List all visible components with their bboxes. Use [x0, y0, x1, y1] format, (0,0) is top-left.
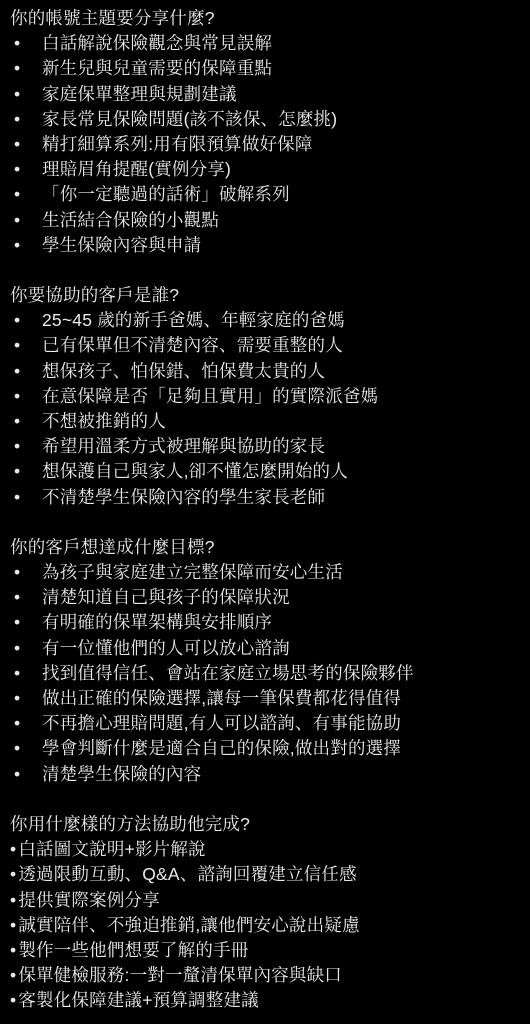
- list-item-text: 想保護自己與家人,卻不懂怎麼開始的人: [42, 459, 348, 484]
- list-item: •理賠眉角提醒(實例分享): [10, 157, 518, 182]
- bullet-icon: •: [10, 762, 42, 787]
- bullet-icon: •: [10, 359, 42, 384]
- bullet-icon: •: [10, 963, 16, 988]
- list-item-text: 為孩子與家庭建立完整保障而安心生活: [42, 560, 343, 585]
- list-item-text: 不清楚學生保險內容的學生家長老師: [42, 485, 325, 510]
- bullet-icon: •: [10, 434, 42, 459]
- list-item: •為孩子與家庭建立完整保障而安心生活: [10, 560, 518, 585]
- bullet-icon: •: [10, 82, 42, 107]
- bullet-icon: •: [10, 208, 42, 233]
- list-item-text: 清楚學生保險的內容: [42, 762, 201, 787]
- section-title: 你用什麼樣的方法協助他完成?: [10, 812, 518, 837]
- list-item: •誠實陪伴、不強迫推銷,讓他們安心說出疑慮: [10, 913, 518, 938]
- list-item-text: 透過限動互動、Q&A、諮詢回覆建立信任感: [18, 862, 356, 887]
- list-item: •學生保險內容與申請: [10, 233, 518, 258]
- bullet-icon: •: [10, 409, 42, 434]
- list-item-text: 做出正確的保險選擇,讓每一筆保費都花得值得: [42, 686, 401, 711]
- bullet-icon: •: [10, 711, 42, 736]
- bullet-icon: •: [10, 233, 42, 258]
- list-item: •新生兒與兒童需要的保障重點: [10, 56, 518, 81]
- list-item-text: 25~45 歲的新手爸媽、年輕家庭的爸媽: [42, 308, 345, 333]
- list-item: •家庭保單整理與規劃建議: [10, 82, 518, 107]
- bullet-list: •25~45 歲的新手爸媽、年輕家庭的爸媽•已有保單但不清楚內容、需要重整的人•…: [10, 308, 518, 510]
- list-item-text: 精打細算系列:用有限預算做好保障: [42, 132, 313, 157]
- list-item: •在意保障是否「足夠且實用」的實際派爸媽: [10, 384, 518, 409]
- bullet-icon: •: [10, 31, 42, 56]
- list-item: •希望用溫柔方式被理解與協助的家長: [10, 434, 518, 459]
- list-item-text: 新生兒與兒童需要的保障重點: [42, 56, 272, 81]
- list-item-text: 不再擔心理賠問題,有人可以諮詢、有事能協助: [42, 711, 401, 736]
- section-account-topics: 你的帳號主題要分享什麼? •白話解說保險觀念與常見誤解•新生兒與兒童需要的保障重…: [10, 6, 518, 258]
- list-item: •精打細算系列:用有限預算做好保障: [10, 132, 518, 157]
- list-item-text: 白話圖文說明+影片解說: [18, 837, 205, 862]
- list-item: •不清楚學生保險內容的學生家長老師: [10, 485, 518, 510]
- list-item: •清楚學生保險的內容: [10, 762, 518, 787]
- list-item-text: 誠實陪伴、不強迫推銷,讓他們安心說出疑慮: [18, 913, 359, 938]
- bullet-icon: •: [10, 686, 42, 711]
- list-item-text: 客製化保障建議+預算調整建議: [18, 988, 259, 1013]
- list-item-text: 保單健檢服務:一對一釐清保單內容與缺口: [18, 963, 342, 988]
- bullet-icon: •: [10, 56, 42, 81]
- bullet-list: •為孩子與家庭建立完整保障而安心生活•清楚知道自己與孩子的保障狀況•有明確的保單…: [10, 560, 518, 787]
- bullet-icon: •: [10, 560, 42, 585]
- bullet-icon: •: [10, 585, 42, 610]
- list-item: •白話解說保險觀念與常見誤解: [10, 31, 518, 56]
- list-item: •找到值得信任、會站在家庭立場思考的保險夥伴: [10, 661, 518, 686]
- list-item: •有一位懂他們的人可以放心諮詢: [10, 636, 518, 661]
- bullet-icon: •: [10, 157, 42, 182]
- list-item: •清楚知道自己與孩子的保障狀況: [10, 585, 518, 610]
- list-item: •做出正確的保險選擇,讓每一筆保費都花得值得: [10, 686, 518, 711]
- list-item-text: 不想被推銷的人: [42, 409, 166, 434]
- list-item: •生活結合保險的小觀點: [10, 208, 518, 233]
- section-title: 你的客戶想達成什麼目標?: [10, 535, 518, 560]
- list-item-text: 提供實際案例分享: [18, 888, 160, 913]
- bullet-icon: •: [10, 888, 16, 913]
- bullet-icon: •: [10, 308, 42, 333]
- list-item-text: 家長常見保險問題(該不該保、怎麼挑): [42, 107, 337, 132]
- bullet-icon: •: [10, 610, 42, 635]
- section-target-clients: 你要協助的客戶是誰? •25~45 歲的新手爸媽、年輕家庭的爸媽•已有保單但不清…: [10, 283, 518, 510]
- bullet-icon: •: [10, 132, 42, 157]
- list-item: •「你一定聽過的話術」破解系列: [10, 182, 518, 207]
- list-item: •不想被推銷的人: [10, 409, 518, 434]
- list-item-text: 家庭保單整理與規劃建議: [42, 82, 237, 107]
- list-item-text: 製作一些他們想要了解的手冊: [18, 938, 248, 963]
- list-item-text: 有明確的保單架構與安排順序: [42, 610, 272, 635]
- list-item: •透過限動互動、Q&A、諮詢回覆建立信任感: [10, 862, 518, 887]
- bullet-icon: •: [10, 485, 42, 510]
- list-item: •想保護自己與家人,卻不懂怎麼開始的人: [10, 459, 518, 484]
- bullet-icon: •: [10, 988, 16, 1013]
- list-item-text: 想保孩子、怕保錯、怕保費太貴的人: [42, 359, 325, 384]
- bullet-icon: •: [10, 736, 42, 761]
- bullet-icon: •: [10, 938, 16, 963]
- list-item: •有明確的保單架構與安排順序: [10, 610, 518, 635]
- list-item: •製作一些他們想要了解的手冊: [10, 938, 518, 963]
- section-title: 你的帳號主題要分享什麼?: [10, 6, 518, 31]
- list-item: •想保孩子、怕保錯、怕保費太貴的人: [10, 359, 518, 384]
- list-item-text: 「你一定聽過的話術」破解系列: [42, 182, 290, 207]
- bullet-icon: •: [10, 636, 42, 661]
- list-item: •不再擔心理賠問題,有人可以諮詢、有事能協助: [10, 711, 518, 736]
- list-item-text: 生活結合保險的小觀點: [42, 208, 219, 233]
- bullet-icon: •: [10, 182, 42, 207]
- list-item: •學會判斷什麼是適合自己的保險,做出對的選擇: [10, 736, 518, 761]
- list-item: •白話圖文說明+影片解說: [10, 837, 518, 862]
- list-item-text: 白話解說保險觀念與常見誤解: [42, 31, 272, 56]
- list-item: •已有保單但不清楚內容、需要重整的人: [10, 333, 518, 358]
- bullet-icon: •: [10, 661, 42, 686]
- bullet-icon: •: [10, 384, 42, 409]
- list-item: •提供實際案例分享: [10, 888, 518, 913]
- bullet-icon: •: [10, 837, 16, 862]
- section-methods: 你用什麼樣的方法協助他完成? •白話圖文說明+影片解說•透過限動互動、Q&A、諮…: [10, 812, 518, 1014]
- list-item-text: 希望用溫柔方式被理解與協助的家長: [42, 434, 325, 459]
- list-item: •保單健檢服務:一對一釐清保單內容與缺口: [10, 963, 518, 988]
- list-item: •25~45 歲的新手爸媽、年輕家庭的爸媽: [10, 308, 518, 333]
- list-item-text: 理賠眉角提醒(實例分享): [42, 157, 231, 182]
- list-item: •家長常見保險問題(該不該保、怎麼挑): [10, 107, 518, 132]
- bullet-icon: •: [10, 333, 42, 358]
- bullet-icon: •: [10, 862, 16, 887]
- list-item-text: 清楚知道自己與孩子的保障狀況: [42, 585, 290, 610]
- section-client-goals: 你的客戶想達成什麼目標? •為孩子與家庭建立完整保障而安心生活•清楚知道自己與孩…: [10, 535, 518, 787]
- list-item-text: 學會判斷什麼是適合自己的保險,做出對的選擇: [42, 736, 401, 761]
- list-item-text: 找到值得信任、會站在家庭立場思考的保險夥伴: [42, 661, 414, 686]
- notes-document: 你的帳號主題要分享什麼? •白話解說保險觀念與常見誤解•新生兒與兒童需要的保障重…: [0, 0, 530, 1024]
- bullet-icon: •: [10, 107, 42, 132]
- bullet-icon: •: [10, 913, 16, 938]
- list-item-text: 在意保障是否「足夠且實用」的實際派爸媽: [42, 384, 378, 409]
- bullet-icon: •: [10, 459, 42, 484]
- list-item: •客製化保障建議+預算調整建議: [10, 988, 518, 1013]
- bullet-list: •白話圖文說明+影片解說•透過限動互動、Q&A、諮詢回覆建立信任感•提供實際案例…: [10, 837, 518, 1013]
- list-item-text: 學生保險內容與申請: [42, 233, 201, 258]
- list-item-text: 有一位懂他們的人可以放心諮詢: [42, 636, 290, 661]
- section-title: 你要協助的客戶是誰?: [10, 283, 518, 308]
- list-item-text: 已有保單但不清楚內容、需要重整的人: [42, 333, 343, 358]
- bullet-list: •白話解說保險觀念與常見誤解•新生兒與兒童需要的保障重點•家庭保單整理與規劃建議…: [10, 31, 518, 258]
